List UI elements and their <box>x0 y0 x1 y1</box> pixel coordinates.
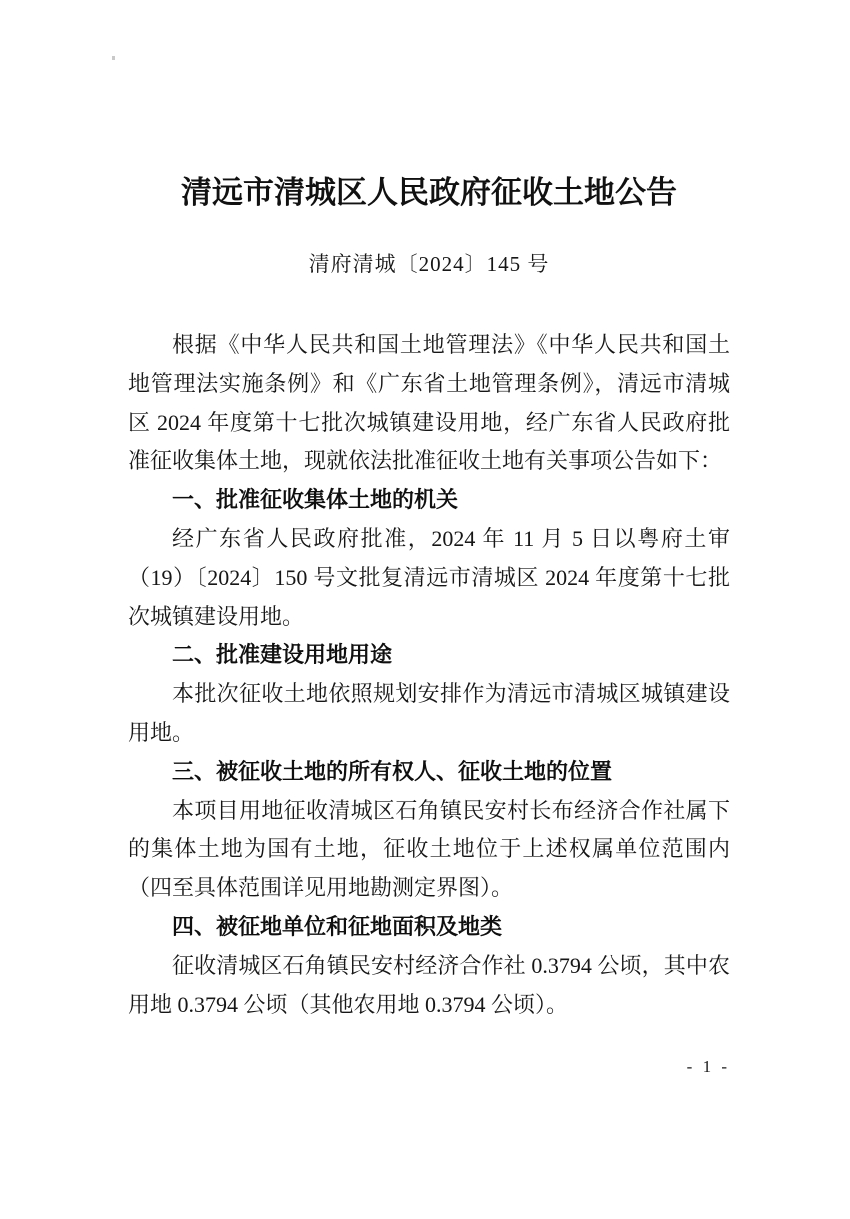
body-paragraph: 经广东省人民政府批准，2024 年 11 月 5 日以粤府土审（19）〔2024… <box>128 520 730 636</box>
body-paragraph: 根据《中华人民共和国土地管理法》《中华人民共和国土地管理法实施条例》和《广东省土… <box>128 326 730 481</box>
section-heading: 二、批准建设用地用途 <box>128 636 730 675</box>
section-heading: 一、批准征收集体土地的机关 <box>128 481 730 520</box>
document-body: 根据《中华人民共和国土地管理法》《中华人民共和国土地管理法实施条例》和《广东省土… <box>128 326 730 1024</box>
document-page: 清远市清城区人民政府征收土地公告 清府清城〔2024〕145 号 根据《中华人民… <box>0 0 850 1219</box>
body-paragraph: 征收清城区石角镇民安村经济合作社 0.3794 公顷，其中农用地 0.3794 … <box>128 947 730 1025</box>
body-paragraph: 本批次征收土地依照规划安排作为清远市清城区城镇建设用地。 <box>128 675 730 753</box>
document-number: 清府清城〔2024〕145 号 <box>128 250 730 278</box>
section-heading: 四、被征地单位和征地面积及地类 <box>128 908 730 947</box>
scan-artifact-speck <box>112 56 115 60</box>
body-paragraph: 本项目用地征收清城区石角镇民安村长布经济合作社属下的集体土地为国有土地，征收土地… <box>128 792 730 908</box>
document-title: 清远市清城区人民政府征收土地公告 <box>128 172 730 214</box>
section-heading: 三、被征收土地的所有权人、征收土地的位置 <box>128 753 730 792</box>
page-number: - 1 - <box>687 1056 730 1078</box>
